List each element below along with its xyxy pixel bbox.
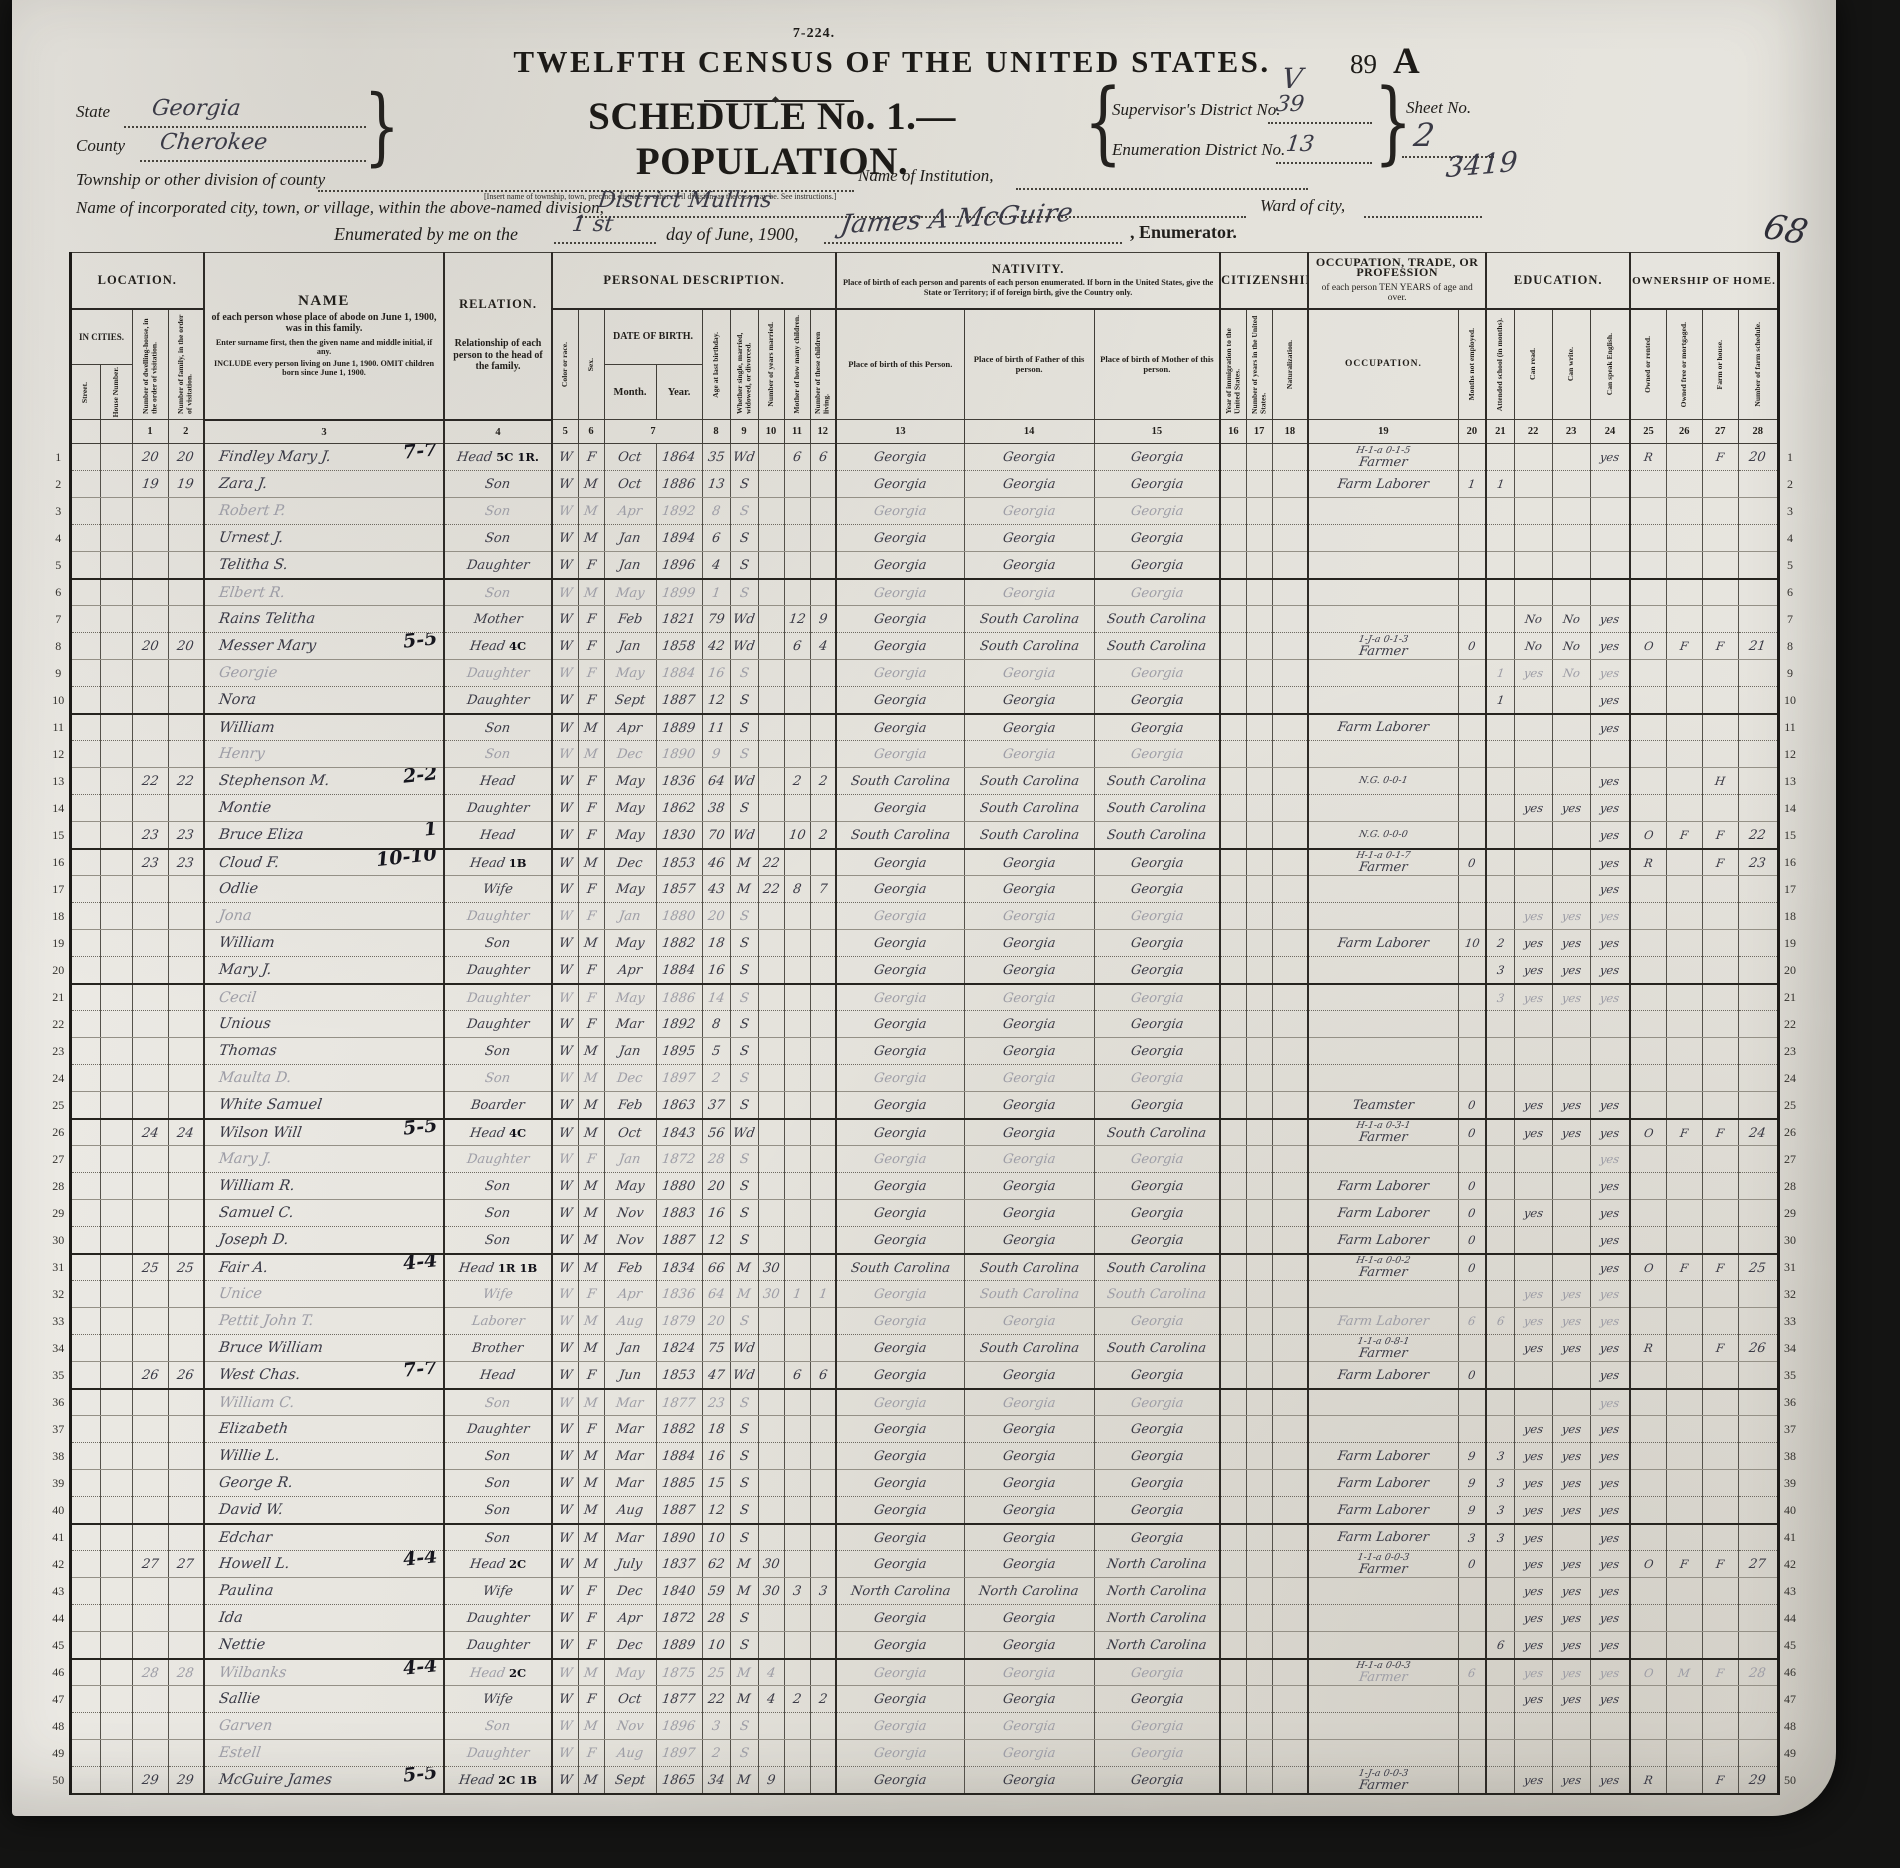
cell-house (100, 1308, 132, 1335)
cell-wr: yes (1552, 1281, 1590, 1308)
cell-yr: 1837 (656, 1551, 702, 1578)
cell-sex: M (578, 498, 604, 525)
supervisor-label: Supervisor's District No. (1112, 100, 1280, 120)
cell-age: 16 (702, 1200, 730, 1227)
cell-rel: Mother (444, 606, 552, 633)
cell-imm (1220, 876, 1246, 903)
cell-fm (1666, 1470, 1702, 1497)
person-row-11: 11WilliamSonWMApr188911SGeorgiaGeorgiaGe… (48, 714, 1800, 741)
cell-age: 28 (702, 1605, 730, 1632)
cell-fh (1702, 1686, 1738, 1713)
cell-ym (758, 1038, 784, 1065)
cell-name: Unious (204, 1011, 444, 1038)
cell-num (1738, 1227, 1778, 1254)
cell-rd (1514, 687, 1552, 714)
cell-fm (1666, 1038, 1702, 1065)
cell-rel: Son (444, 471, 552, 498)
cell-n2: 23 (168, 849, 204, 876)
cell-mar: S (730, 1740, 758, 1767)
cell-age: 25 (702, 1659, 730, 1686)
cell-race: W (552, 1470, 578, 1497)
cell-fh (1702, 1632, 1738, 1659)
cell-mar: S (730, 579, 758, 606)
cell-n1 (132, 1578, 168, 1605)
cell-p: Georgia (836, 1443, 964, 1470)
cell-nat (1272, 1362, 1308, 1389)
cell-age: 12 (702, 1497, 730, 1524)
cell-liv (810, 525, 836, 552)
cell-age: 14 (702, 984, 730, 1011)
cell-sch (1486, 1362, 1514, 1389)
cell-house (100, 1443, 132, 1470)
cell-num (1738, 984, 1778, 1011)
cell-yr: 1894 (656, 525, 702, 552)
person-row-5: 5Telitha S.DaughterWFJan18964SGeorgiaGeo… (48, 552, 1800, 579)
cell-liv (810, 714, 836, 741)
cell-own (1630, 1524, 1666, 1551)
cell-n2 (168, 687, 204, 714)
cell-n2 (168, 525, 204, 552)
cell-name: Howell L.4-4 (204, 1551, 444, 1578)
cell-n2 (168, 1038, 204, 1065)
cell-rel: Head1R 1B (444, 1254, 552, 1281)
cell-age: 16 (702, 957, 730, 984)
cell-fh (1702, 1308, 1738, 1335)
cell-mo: Jan (604, 552, 656, 579)
cell-wr (1552, 1065, 1590, 1092)
cell-p: South Carolina (836, 1254, 964, 1281)
cell-mar: S (730, 1308, 758, 1335)
cell-mar: S (730, 714, 758, 741)
person-row-35: 352626West Chas.7-7HeadWFJun185347Wd66Ge… (48, 1362, 1800, 1389)
cell-fm (1666, 1335, 1702, 1362)
cell-p: Georgia (836, 1227, 964, 1254)
person-row-43: 43PaulinaWifeWFDec184059M3033North Carol… (48, 1578, 1800, 1605)
cell-yus (1246, 1362, 1272, 1389)
cell-num (1738, 1308, 1778, 1335)
cell-rel: Laborer (444, 1308, 552, 1335)
cell-mo: Apr (604, 498, 656, 525)
cell-sch (1486, 1767, 1514, 1794)
cell-mar: S (730, 498, 758, 525)
cell-p: Georgia (836, 525, 964, 552)
cell-mo: May (604, 768, 656, 795)
cell-num (1738, 1173, 1778, 1200)
cell-imm (1220, 1389, 1246, 1416)
cell-sch (1486, 849, 1514, 876)
row-number-right: 10 (1778, 687, 1800, 714)
cell-liv (810, 1740, 836, 1767)
subhead-owned-or-rented: Owned or rented. (1630, 309, 1666, 420)
cell-n1 (132, 1524, 168, 1551)
cell-street (70, 741, 100, 768)
cell-sp: yes (1590, 1146, 1630, 1173)
cell-imm (1220, 1497, 1246, 1524)
cell-name: Paulina (204, 1578, 444, 1605)
cell-fm (1666, 1146, 1702, 1173)
row-number-right: 5 (1778, 552, 1800, 579)
cell-fh (1702, 471, 1738, 498)
cell-sp: yes (1590, 1524, 1630, 1551)
cell-sp: yes (1590, 903, 1630, 930)
col-number-3: 3 (204, 420, 444, 444)
cell-sch (1486, 606, 1514, 633)
cell-rel: Son (444, 525, 552, 552)
cell-rel: Wife (444, 1281, 552, 1308)
cell-mar: S (730, 1524, 758, 1551)
cell-race: W (552, 768, 578, 795)
row-number-left: 8 (48, 633, 70, 660)
cell-name: Samuel C. (204, 1200, 444, 1227)
cell-house (100, 1713, 132, 1740)
cell-name: Mary J. (204, 1146, 444, 1173)
cell-f: Georgia (964, 1443, 1094, 1470)
cell-sex: M (578, 1119, 604, 1146)
cell-mom (784, 1713, 810, 1740)
cell-n1: 23 (132, 849, 168, 876)
cell-f: Georgia (964, 1659, 1094, 1686)
cell-fh (1702, 714, 1738, 741)
cell-street (70, 714, 100, 741)
cell-occ: Farm Laborer (1308, 1227, 1458, 1254)
col-number-22: 22 (1514, 420, 1552, 444)
cell-rd: yes (1514, 1578, 1552, 1605)
cell-sp: yes (1590, 1335, 1630, 1362)
cell-mar: Wd (730, 768, 758, 795)
cell-une: 6 (1458, 1659, 1486, 1686)
cell-sp: yes (1590, 1767, 1630, 1794)
cell-imm (1220, 1713, 1246, 1740)
cell-n1 (132, 930, 168, 957)
cell-nat (1272, 1227, 1308, 1254)
cell-wr: yes (1552, 1470, 1590, 1497)
cell-p: Georgia (836, 1173, 964, 1200)
cell-nat (1272, 1767, 1308, 1794)
cell-f: Georgia (964, 1227, 1094, 1254)
cell-occ (1308, 1686, 1458, 1713)
cell-f: Georgia (964, 984, 1094, 1011)
cell-mar: M (730, 1767, 758, 1794)
cell-race: W (552, 1281, 578, 1308)
cell-rel: Daughter (444, 660, 552, 687)
cell-p: Georgia (836, 1200, 964, 1227)
cell-street (70, 984, 100, 1011)
col-number-23: 23 (1552, 420, 1590, 444)
cell-m: Georgia (1094, 471, 1220, 498)
cell-sch (1486, 498, 1514, 525)
cell-f: Georgia (964, 1416, 1094, 1443)
cell-mar: S (730, 471, 758, 498)
cell-liv (810, 1389, 836, 1416)
cell-house (100, 741, 132, 768)
cell-m: Georgia (1094, 903, 1220, 930)
cell-ym (758, 1362, 784, 1389)
cell-name: Cecil (204, 984, 444, 1011)
cell-street (70, 1524, 100, 1551)
row-number-right: 26 (1778, 1119, 1800, 1146)
cell-n2 (168, 1389, 204, 1416)
cell-sp: yes (1590, 714, 1630, 741)
cell-own (1630, 1173, 1666, 1200)
cell-own (1630, 1038, 1666, 1065)
cell-sch (1486, 1200, 1514, 1227)
cell-num (1738, 1038, 1778, 1065)
cell-une: 0 (1458, 1119, 1486, 1146)
cell-n2: 29 (168, 1767, 204, 1794)
cell-rel: Head1B (444, 849, 552, 876)
cell-house (100, 714, 132, 741)
cell-own (1630, 552, 1666, 579)
institution-line (1016, 188, 1308, 190)
cell-liv (810, 903, 836, 930)
cell-m: South Carolina (1094, 633, 1220, 660)
cell-fh (1702, 579, 1738, 606)
subhead-farm-schedule: Number of farm schedule. (1738, 309, 1778, 420)
cell-m: Georgia (1094, 579, 1220, 606)
cell-imm (1220, 606, 1246, 633)
cell-fm (1666, 1740, 1702, 1767)
cell-name: Cloud F.10-10 (204, 849, 444, 876)
cell-own (1630, 1605, 1666, 1632)
row-number-right: 44 (1778, 1605, 1800, 1632)
cell-yus (1246, 471, 1272, 498)
row-number-right: 37 (1778, 1416, 1800, 1443)
enumerated-pre-label: Enumerated by me on the (334, 224, 518, 245)
cell-p: Georgia (836, 795, 964, 822)
cell-ym (758, 930, 784, 957)
cell-sp: yes (1590, 1578, 1630, 1605)
cell-sp (1590, 471, 1630, 498)
cell-ym (758, 795, 784, 822)
row-number-right: 27 (1778, 1146, 1800, 1173)
cell-yr: 1877 (656, 1686, 702, 1713)
person-row-12: 12HenrySonWMDec18909SGeorgiaGeorgiaGeorg… (48, 741, 1800, 768)
cell-f: Georgia (964, 552, 1094, 579)
cell-num (1738, 1686, 1778, 1713)
person-row-26: 262424Wilson Will5-5Head4CWMOct184356WdG… (48, 1119, 1800, 1146)
cell-house (100, 1551, 132, 1578)
cell-own (1630, 768, 1666, 795)
cell-nat (1272, 687, 1308, 714)
cell-yus (1246, 1767, 1272, 1794)
cell-fh (1702, 525, 1738, 552)
cell-sex: M (578, 1065, 604, 1092)
cell-race: W (552, 1362, 578, 1389)
cell-fh (1702, 1065, 1738, 1092)
cell-mom (784, 687, 810, 714)
cell-sex: F (578, 1632, 604, 1659)
person-row-31: 312525Fair A.4-4Head1R 1BWMFeb183466M30S… (48, 1254, 1800, 1281)
cell-sex: M (578, 1308, 604, 1335)
cell-imm (1220, 1605, 1246, 1632)
cell-yus (1246, 1065, 1272, 1092)
cell-p: Georgia (836, 1119, 964, 1146)
cell-street (70, 957, 100, 984)
supervisor-overwrite: V (1280, 62, 1304, 95)
cell-mar: Wd (730, 633, 758, 660)
cell-une: 0 (1458, 1227, 1486, 1254)
row-number-left: 13 (48, 768, 70, 795)
cell-occ: Farm Laborer (1308, 471, 1458, 498)
person-row-45: 45NettieDaughterWFDec188910SGeorgiaGeorg… (48, 1632, 1800, 1659)
cell-sch (1486, 1254, 1514, 1281)
cell-age: 38 (702, 795, 730, 822)
cell-age: 3 (702, 1713, 730, 1740)
row-number-left: 9 (48, 660, 70, 687)
group-citizenship: CITIZENSHIP. (1220, 253, 1308, 309)
cell-f: South Carolina (964, 1254, 1094, 1281)
cell-sch: 3 (1486, 984, 1514, 1011)
cell-ym: 30 (758, 1551, 784, 1578)
cell-sp: yes (1590, 1497, 1630, 1524)
cell-house (100, 1389, 132, 1416)
cell-own (1630, 1443, 1666, 1470)
cell-liv (810, 1092, 836, 1119)
row-number-right: 6 (1778, 579, 1800, 606)
row-number-left: 5 (48, 552, 70, 579)
cell-sp (1590, 741, 1630, 768)
cell-nat (1272, 471, 1308, 498)
cell-ym: 30 (758, 1578, 784, 1605)
cell-ym (758, 822, 784, 849)
state-value: Georgia (150, 96, 242, 121)
cell-own (1630, 1713, 1666, 1740)
cell-mom (784, 1065, 810, 1092)
cell-rd (1514, 768, 1552, 795)
cell-mom: 8 (784, 876, 810, 903)
cell-p: Georgia (836, 957, 964, 984)
cell-une (1458, 444, 1486, 471)
col-number-12: 12 (810, 420, 836, 444)
person-row-19: 19WilliamSonWMMay188218SGeorgiaGeorgiaGe… (48, 930, 1800, 957)
cell-nat (1272, 606, 1308, 633)
cell-name: Fair A.4-4 (204, 1254, 444, 1281)
cell-mom (784, 795, 810, 822)
cell-nat (1272, 1713, 1308, 1740)
cell-name: Joseph D. (204, 1227, 444, 1254)
cell-rd: yes (1514, 984, 1552, 1011)
person-row-17: 17OdlieWifeWFMay185743M2287GeorgiaGeorgi… (48, 876, 1800, 903)
col-number-17: 17 (1246, 420, 1272, 444)
cell-street (70, 1578, 100, 1605)
cell-ym (758, 1227, 784, 1254)
cell-sp (1590, 1011, 1630, 1038)
cell-own: R (1630, 849, 1666, 876)
cell-mo: Mar (604, 1389, 656, 1416)
cell-mo: May (604, 930, 656, 957)
cell-num (1738, 1416, 1778, 1443)
scanned-census-page: { "page": { "form_number": "7-224.", "ce… (0, 0, 1900, 1868)
cell-yr: 1880 (656, 903, 702, 930)
cell-mom (784, 1092, 810, 1119)
census-sheet: 7-224. TWELFTH CENSUS OF THE UNITED STAT… (12, 0, 1836, 1816)
col-relation-header: RELATION.Relationship of each person to … (444, 253, 552, 420)
cell-fm (1666, 444, 1702, 471)
cell-yus (1246, 849, 1272, 876)
cell-wr: yes (1552, 1578, 1590, 1605)
cell-sex: M (578, 741, 604, 768)
row-number-right: 39 (1778, 1470, 1800, 1497)
cell-n2: 24 (168, 1119, 204, 1146)
cell-rel: Son (444, 1173, 552, 1200)
cell-fm (1666, 903, 1702, 930)
row-number-left: 44 (48, 1605, 70, 1632)
cell-mom (784, 1416, 810, 1443)
cell-fh: F (1702, 1119, 1738, 1146)
row-number-left: 15 (48, 822, 70, 849)
cell-wr (1552, 1740, 1590, 1767)
cell-race: W (552, 1173, 578, 1200)
cell-fm (1666, 1632, 1702, 1659)
cell-imm (1220, 1659, 1246, 1686)
cell-n2: 23 (168, 822, 204, 849)
cell-num (1738, 957, 1778, 984)
cell-imm (1220, 957, 1246, 984)
cell-ym (758, 525, 784, 552)
cell-house (100, 1632, 132, 1659)
cell-n1 (132, 1200, 168, 1227)
cell-rel: Wife (444, 876, 552, 903)
cell-mo: Feb (604, 606, 656, 633)
person-row-25: 25White SamuelBoarderWMFeb186337SGeorgia… (48, 1092, 1800, 1119)
cell-rd: yes (1514, 1308, 1552, 1335)
cell-m: South Carolina (1094, 1119, 1220, 1146)
person-row-27: 27Mary J.DaughterWFJan187228SGeorgiaGeor… (48, 1146, 1800, 1173)
cell-liv (810, 1713, 836, 1740)
cell-mar: S (730, 1497, 758, 1524)
cell-sch: 1 (1486, 471, 1514, 498)
cell-occ (1308, 1713, 1458, 1740)
cell-yr: 1889 (656, 714, 702, 741)
cell-fm: F (1666, 822, 1702, 849)
subhead-attended-school: Attended school (in months). (1486, 309, 1514, 420)
cell-occ: N.G. 0-0-1 (1308, 768, 1458, 795)
cell-rel: Son (444, 1497, 552, 1524)
cell-sex: M (578, 714, 604, 741)
cell-sch (1486, 552, 1514, 579)
cell-rd: yes (1514, 1335, 1552, 1362)
cell-n2 (168, 1227, 204, 1254)
cell-occ (1308, 579, 1458, 606)
cell-sp: yes (1590, 1308, 1630, 1335)
cell-rd (1514, 741, 1552, 768)
cell-sex: F (578, 795, 604, 822)
cell-une (1458, 1335, 1486, 1362)
cell-ym (758, 1443, 784, 1470)
cell-une (1458, 1713, 1486, 1740)
cell-yus (1246, 795, 1272, 822)
cell-race: W (552, 1200, 578, 1227)
city-value: District Mullins (596, 188, 773, 213)
cell-m: Georgia (1094, 1011, 1220, 1038)
cell-street (70, 1038, 100, 1065)
cell-n2: 22 (168, 768, 204, 795)
cell-nat (1272, 633, 1308, 660)
cell-m: Georgia (1094, 1659, 1220, 1686)
cell-sex: F (578, 768, 604, 795)
cell-age: 64 (702, 768, 730, 795)
cell-race: W (552, 957, 578, 984)
cell-name: Telitha S. (204, 552, 444, 579)
cell-mo: Dec (604, 1578, 656, 1605)
cell-sp (1590, 1038, 1630, 1065)
subhead-family-number: Number of family, in the order of visita… (168, 309, 204, 420)
cell-m: South Carolina (1094, 768, 1220, 795)
cell-fh (1702, 687, 1738, 714)
cell-sch (1486, 1551, 1514, 1578)
cell-n1 (132, 1740, 168, 1767)
cell-f: South Carolina (964, 768, 1094, 795)
